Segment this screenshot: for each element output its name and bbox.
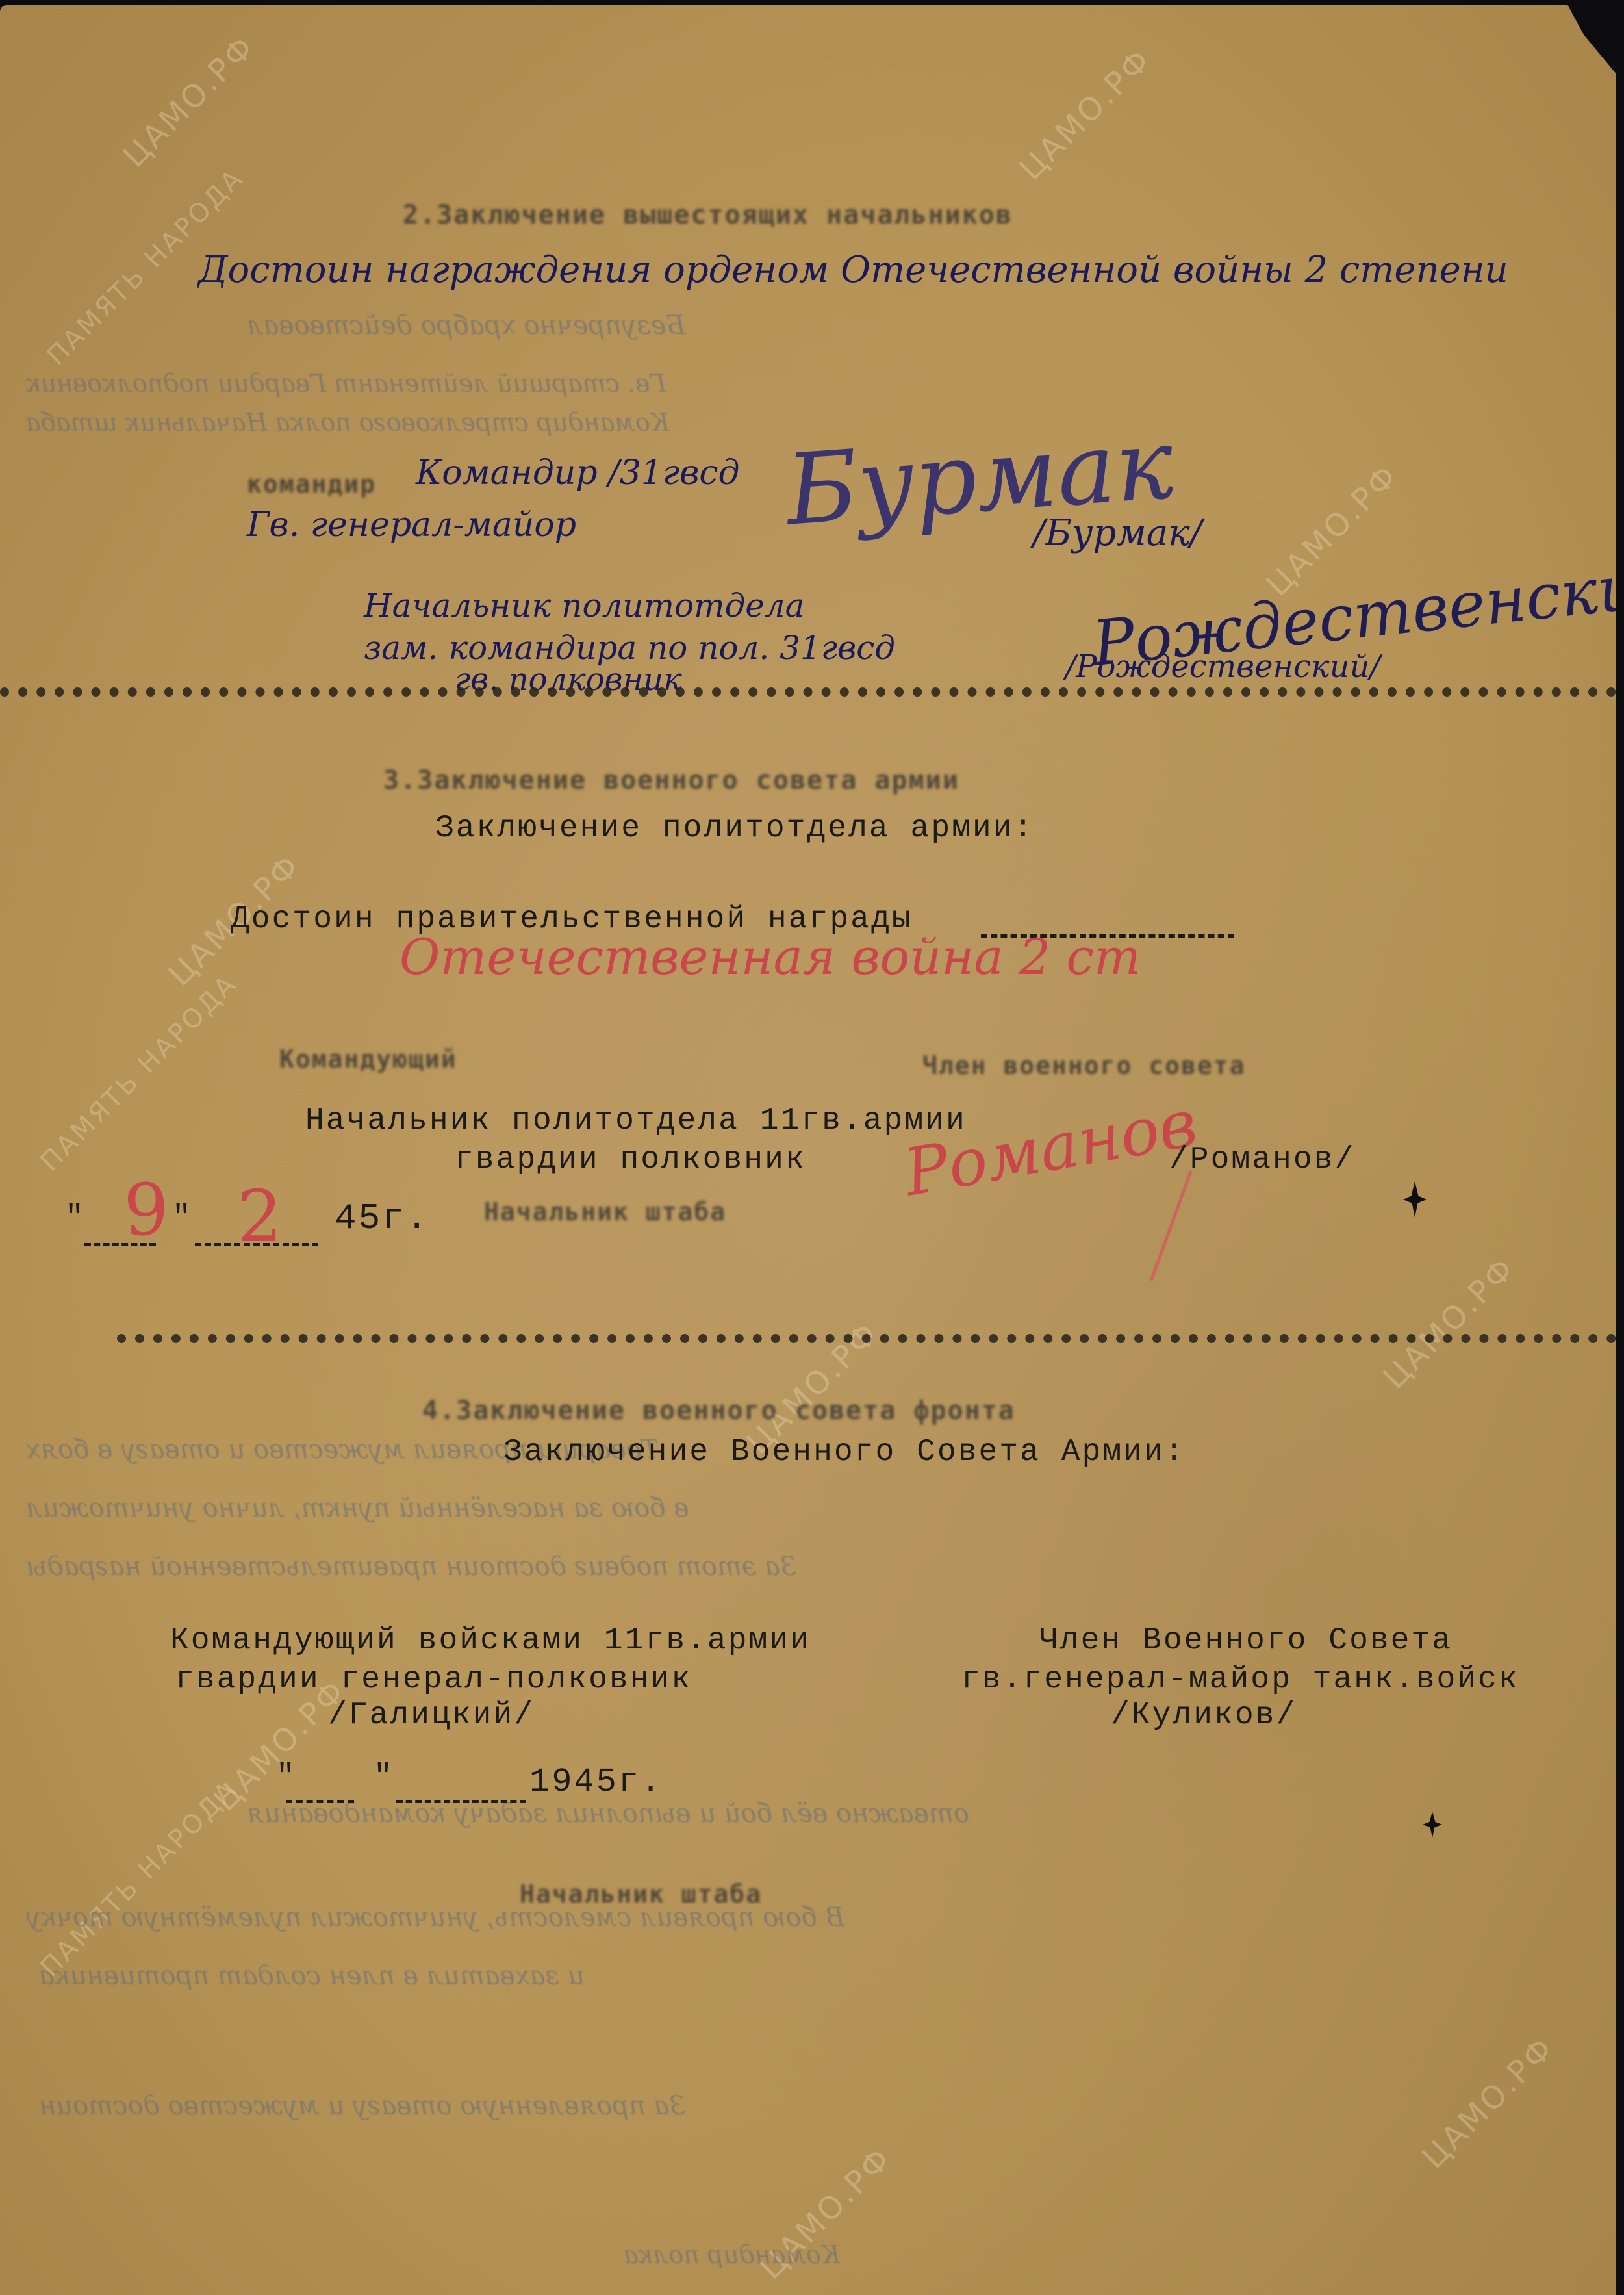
signer-name: /Романов/ — [1169, 1142, 1355, 1177]
commander-label-faded: Командующий — [279, 1045, 457, 1073]
watermark-memory: ПАМЯТЬ НАРОДА — [34, 1774, 243, 1982]
section-divider — [0, 687, 1616, 697]
bleed-through-text: Гв. старший лейтенант Гвардии подполковн… — [26, 369, 666, 398]
document-page: ЦАМО.РФ ЦАМО.РФ ПАМЯТЬ НАРОДА ЦАМО.РФ ЦА… — [0, 5, 1616, 2295]
signer-title: Начальник политотдела 11гв.армии — [305, 1103, 967, 1138]
section-3-subheading: Заключение политотдела армии: — [435, 811, 1034, 846]
date-month-underline — [396, 1800, 526, 1803]
left-signer-name: /Галицкий/ — [328, 1698, 535, 1733]
right-signer-rank: гв.генерал-майор танк.войск — [961, 1662, 1519, 1697]
right-signer-name: /Куликов/ — [1111, 1698, 1297, 1733]
right-signer-title: Член Военного Совета — [1039, 1623, 1453, 1658]
award-handwritten-red: Отечественная война 2 ст — [400, 928, 1141, 986]
section-4-subheading: Заключение Военного Совета Армии: — [503, 1435, 1186, 1470]
punch-hole — [1403, 1181, 1427, 1218]
section-3-heading: 3.Заключение военного совета армии — [383, 765, 959, 795]
handwritten-conclusion: Достоин награждения орденом Отечественно… — [198, 249, 1508, 291]
date-day-underline — [286, 1800, 354, 1803]
date-year: 1945г. — [529, 1763, 663, 1801]
bleed-through-text: Командир стрелкового полка Начальник шта… — [26, 408, 669, 437]
commander-label-typed: командир — [247, 470, 376, 498]
chief-of-staff-faded: Начальник штаба — [520, 1880, 762, 1908]
watermark-archive: ЦАМО.РФ — [1377, 1250, 1523, 1396]
bleed-through-text: Командир полка — [624, 2240, 840, 2269]
watermark-archive: ЦАМО.РФ — [1415, 2029, 1562, 2175]
ink-blot — [1423, 1812, 1442, 1838]
red-pencil-stroke — [1150, 1170, 1199, 1283]
politdept-title-line1: Начальник политотдела — [364, 587, 804, 624]
date-quote-close: " — [374, 1760, 394, 1795]
politdept-name: /Рождественский/ — [1065, 648, 1380, 685]
commander-name: /Бурмак/ — [1033, 512, 1202, 554]
council-member-label-faded: Член военного совета — [922, 1051, 1246, 1080]
watermark-memory: ПАМЯТЬ НАРОДА — [34, 968, 243, 1177]
watermark-archive: ЦАМО.РФ — [116, 28, 262, 174]
watermark-archive: ЦАМО.РФ — [1013, 41, 1159, 187]
bleed-through-text: Безупречно храбро действовал — [247, 311, 685, 340]
date-day-red: 9 — [123, 1168, 169, 1251]
section-divider — [117, 1334, 1616, 1343]
date-year: 45г. — [335, 1198, 429, 1239]
bleed-through-text: и захватил в плен солдат противника — [39, 1961, 585, 1991]
left-signer-rank: гвардии генерал-полковник — [175, 1662, 692, 1697]
chief-of-staff-faded: Начальник штаба — [484, 1198, 726, 1226]
bleed-through-text: За проявленную отвагу и мужество достоин — [39, 2091, 685, 2121]
signer-rank: гвардии полковник — [455, 1142, 806, 1177]
date-month-underline — [195, 1243, 318, 1246]
section-4-heading: 4.Заключение военного совета фронта — [422, 1396, 1015, 1426]
bleed-through-text: в бою за населённый пункт, лично уничтож… — [26, 1493, 689, 1523]
bleed-through-text: За этот подвиг достоин правительственной… — [26, 1552, 796, 1582]
commander-unit-handwritten: Командир /31гвсд — [416, 454, 740, 493]
bleed-through-text: отважно вёл бой и выполнил задачу команд… — [247, 1799, 969, 1828]
section-2-heading: 2.Заключение вышестоящих начальников — [403, 200, 1013, 230]
commander-rank: Гв. генерал-майор — [247, 506, 576, 545]
date-quote-open: " — [276, 1760, 297, 1795]
date-day-underline — [84, 1243, 156, 1246]
left-signer-title: Командующий войсками 11гв.армии — [170, 1623, 811, 1658]
date-quote-close: " — [172, 1201, 193, 1236]
date-quote-open: " — [65, 1201, 86, 1236]
